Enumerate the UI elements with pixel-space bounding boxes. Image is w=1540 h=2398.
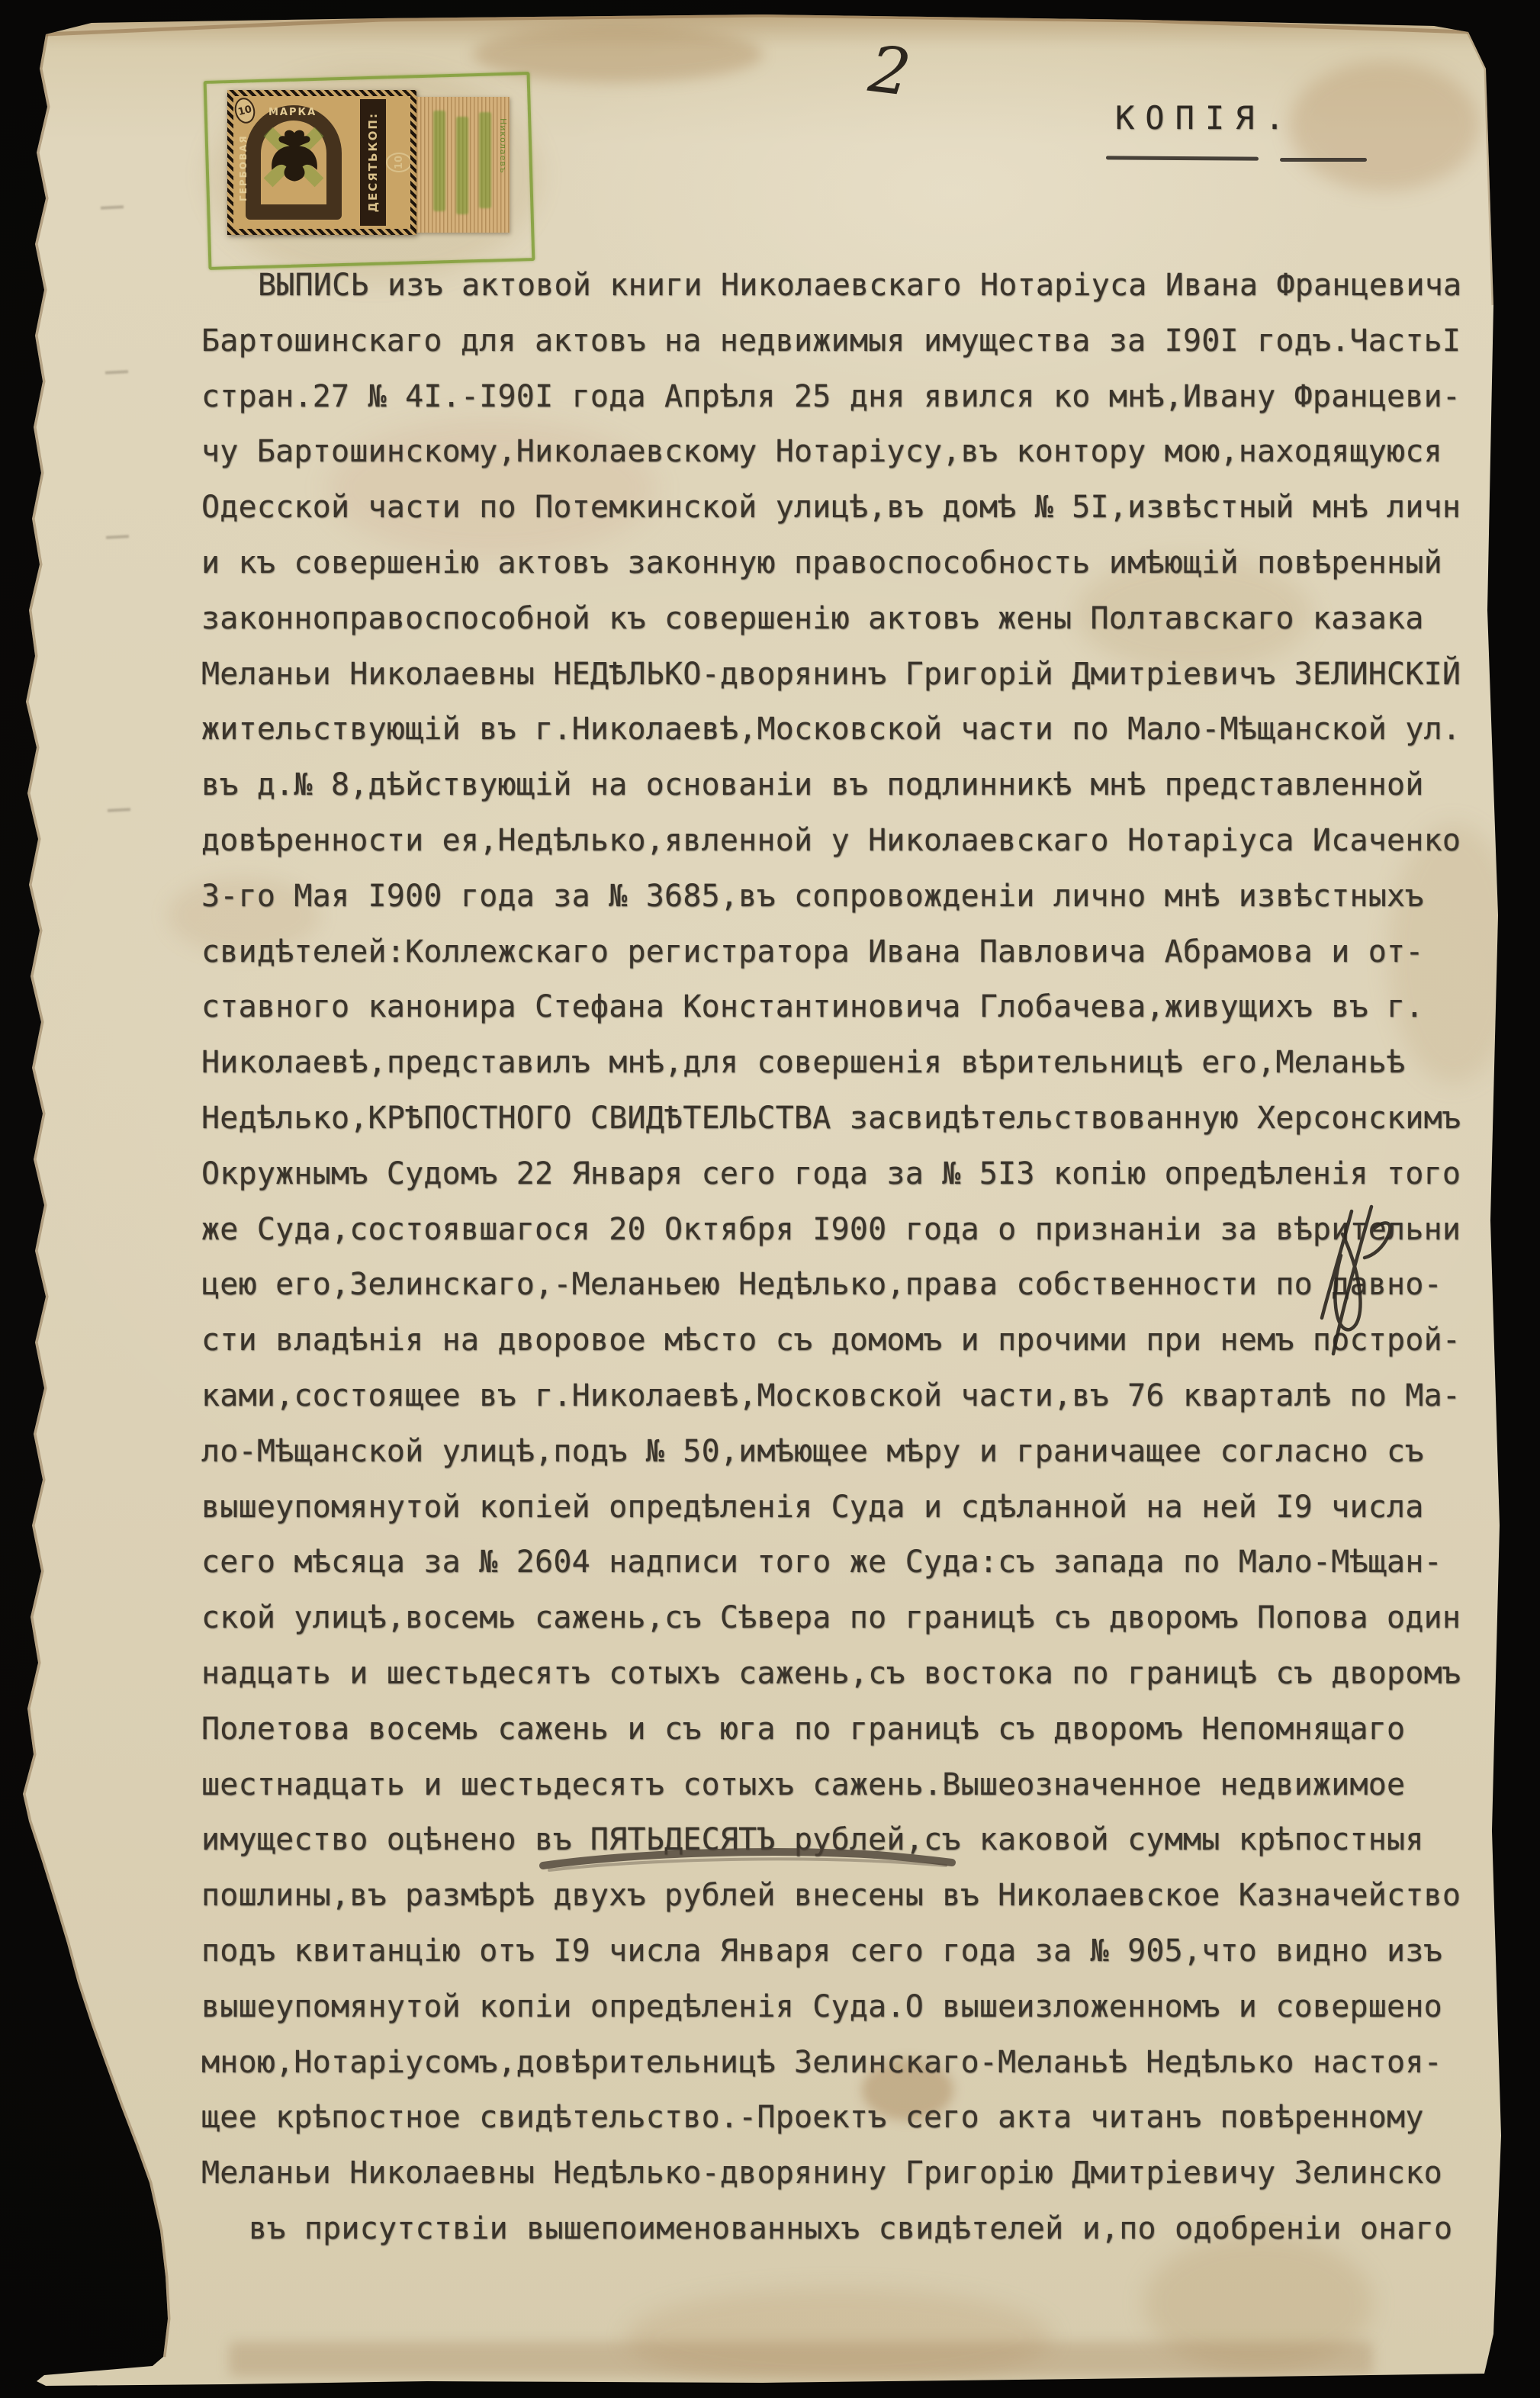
paper-stain [1289, 61, 1480, 191]
document-line: Меланьи Николаевны Недѣлько-дворянину Гр… [201, 2146, 1498, 2201]
document-line: ками,состоящее въ г.Николаевѣ,Московской… [201, 1368, 1498, 1424]
margin-pencil-mark [101, 205, 124, 210]
document-line: цею его,Зелинскаго,-Меланьею Недѣлько,пр… [201, 1257, 1498, 1313]
document-line: въ присутствіи вышепоименованныхъ свидѣт… [201, 2201, 1498, 2257]
document-line: сего мѣсяца за № 2604 надписи того же Су… [201, 1535, 1498, 1590]
document-line: довѣренности ея,Недѣлько,явленной у Нико… [201, 813, 1498, 869]
document-line: Бартошинскаго для актовъ на недвижимыя и… [201, 313, 1498, 369]
document-line: Недѣлько,КРѢПОСТНОГО СВИДѢТЕЛЬСТВА засви… [201, 1091, 1498, 1146]
document-line: чу Бартошинскому,Николаевскому Нотаріусу… [201, 424, 1498, 480]
document-line: ской улицѣ,восемь сажень,съ Сѣвера по гр… [201, 1590, 1498, 1646]
document-line: щее крѣпостное свидѣтельство.-Проектъ се… [201, 2090, 1498, 2146]
photo-backdrop: { "page_number": "2", "title": "КОПІЯ.",… [0, 0, 1540, 2398]
margin-pencil-mark [108, 808, 130, 812]
document-line: въ д.№ 8,дѣйствующій на основаніи въ под… [201, 757, 1498, 813]
document-line: 3-го Мая I900 года за № 3685,въ сопровож… [201, 869, 1498, 924]
document-line: вышеупомянутой копіи опредѣленія Суда.О … [201, 1979, 1498, 2035]
paper-stain [46, 12, 1480, 47]
document-line: сти владѣнія на дворовое мѣсто съ домомъ… [201, 1313, 1498, 1368]
paper-stain [229, 2342, 1373, 2377]
green-overprint-bar [456, 117, 468, 214]
copy-heading-underline [1280, 158, 1367, 162]
stamp-body: МАРКА ГЕРБОВАЯ ДЕСЯТЬКОП: 10 10 [227, 90, 416, 235]
document-line: ло-Мѣщанской улицѣ,подъ № 50,имѣющее мѣр… [201, 1424, 1498, 1480]
double-eagle-icon [265, 125, 323, 189]
paper-stain [625, 2288, 1053, 2387]
margin-pencil-mark [106, 535, 129, 539]
stamp-value-label: ДЕСЯТЬКОП: [366, 112, 380, 212]
document-line: Окружнымъ Судомъ 22 Января сего года за … [201, 1146, 1498, 1202]
document-line: Одесской части по Потемкинской улицѣ,въ … [201, 480, 1498, 535]
document-line: Меланьи Николаевны НЕДѢЛЬКО-дворянинъ Гр… [201, 647, 1498, 702]
stamp-denomination: 10 [386, 153, 410, 172]
margin-pencil-mark [105, 370, 128, 374]
document-line: шестнадцать и шестьдесятъ сотыхъ сажень.… [201, 1757, 1498, 1813]
document-line: мною,Нотаріусомъ,довѣрительницѣ Зелинска… [201, 2035, 1498, 2091]
document-line: подъ квитанцію отъ I9 числа Января сего … [201, 1924, 1498, 1979]
typed-text-block: ВЫПИСЬ изъ актовой книги Николаевскаго Н… [201, 258, 1498, 2257]
document-line: пошлины,въ размѣрѣ двухъ рублей внесены … [201, 1868, 1498, 1924]
stamp-value-band: ДЕСЯТЬКОП: [360, 99, 386, 226]
stamp-city-label: Николаевъ [498, 118, 508, 174]
green-overprint-bar [479, 112, 491, 208]
document-line: Николаевѣ,представилъ мнѣ,для совершенія… [201, 1035, 1498, 1091]
green-overprint-bar [433, 111, 445, 211]
stamp-label-marka: МАРКА [268, 107, 317, 118]
document-line: и къ совершенію актовъ законную правоспо… [201, 535, 1498, 591]
stamp-label-gerbovaya: ГЕРБОВАЯ [238, 110, 249, 201]
document-line: вышеупомянутой копіей опредѣленія Суда и… [201, 1480, 1498, 1535]
document-line: ВЫПИСЬ изъ актовой книги Николаевскаго Н… [201, 258, 1498, 313]
document-line: свидѣтелей:Коллежскаго регистратора Иван… [201, 924, 1498, 980]
document-line: законноправоспособной къ совершенію акто… [201, 591, 1498, 647]
document-line: жительствующій въ г.Николаевѣ,Московской… [201, 702, 1498, 757]
handwritten-page-number: 2 [865, 31, 915, 111]
document-line: ставного канонира Стефана Константинович… [201, 979, 1498, 1035]
document-line: же Суда,состоявшагося 20 Октября I900 го… [201, 1202, 1498, 1258]
copy-heading-underline [1106, 156, 1259, 160]
document-page: МАРКА ГЕРБОВАЯ ДЕСЯТЬКОП: 10 10 Николаев… [0, 0, 1540, 2398]
document-line: стран.27 № 4I.-I90I года Апрѣля 25 дня я… [201, 369, 1498, 425]
copy-heading: КОПІЯ. [1115, 99, 1295, 137]
document-line: имущество оцѣнено въ ПЯТЬДЕСЯТЪ рублей,с… [201, 1812, 1498, 1868]
document-line: надцать и шестьдесятъ сотыхъ сажень,съ в… [201, 1646, 1498, 1702]
document-line: Полетова восемь сажень и съ юга по грани… [201, 1702, 1498, 1757]
stamp-coupon: Николаевъ [416, 97, 510, 233]
stamp-field: МАРКА ГЕРБОВАЯ ДЕСЯТЬКОП: 10 10 [233, 96, 410, 229]
